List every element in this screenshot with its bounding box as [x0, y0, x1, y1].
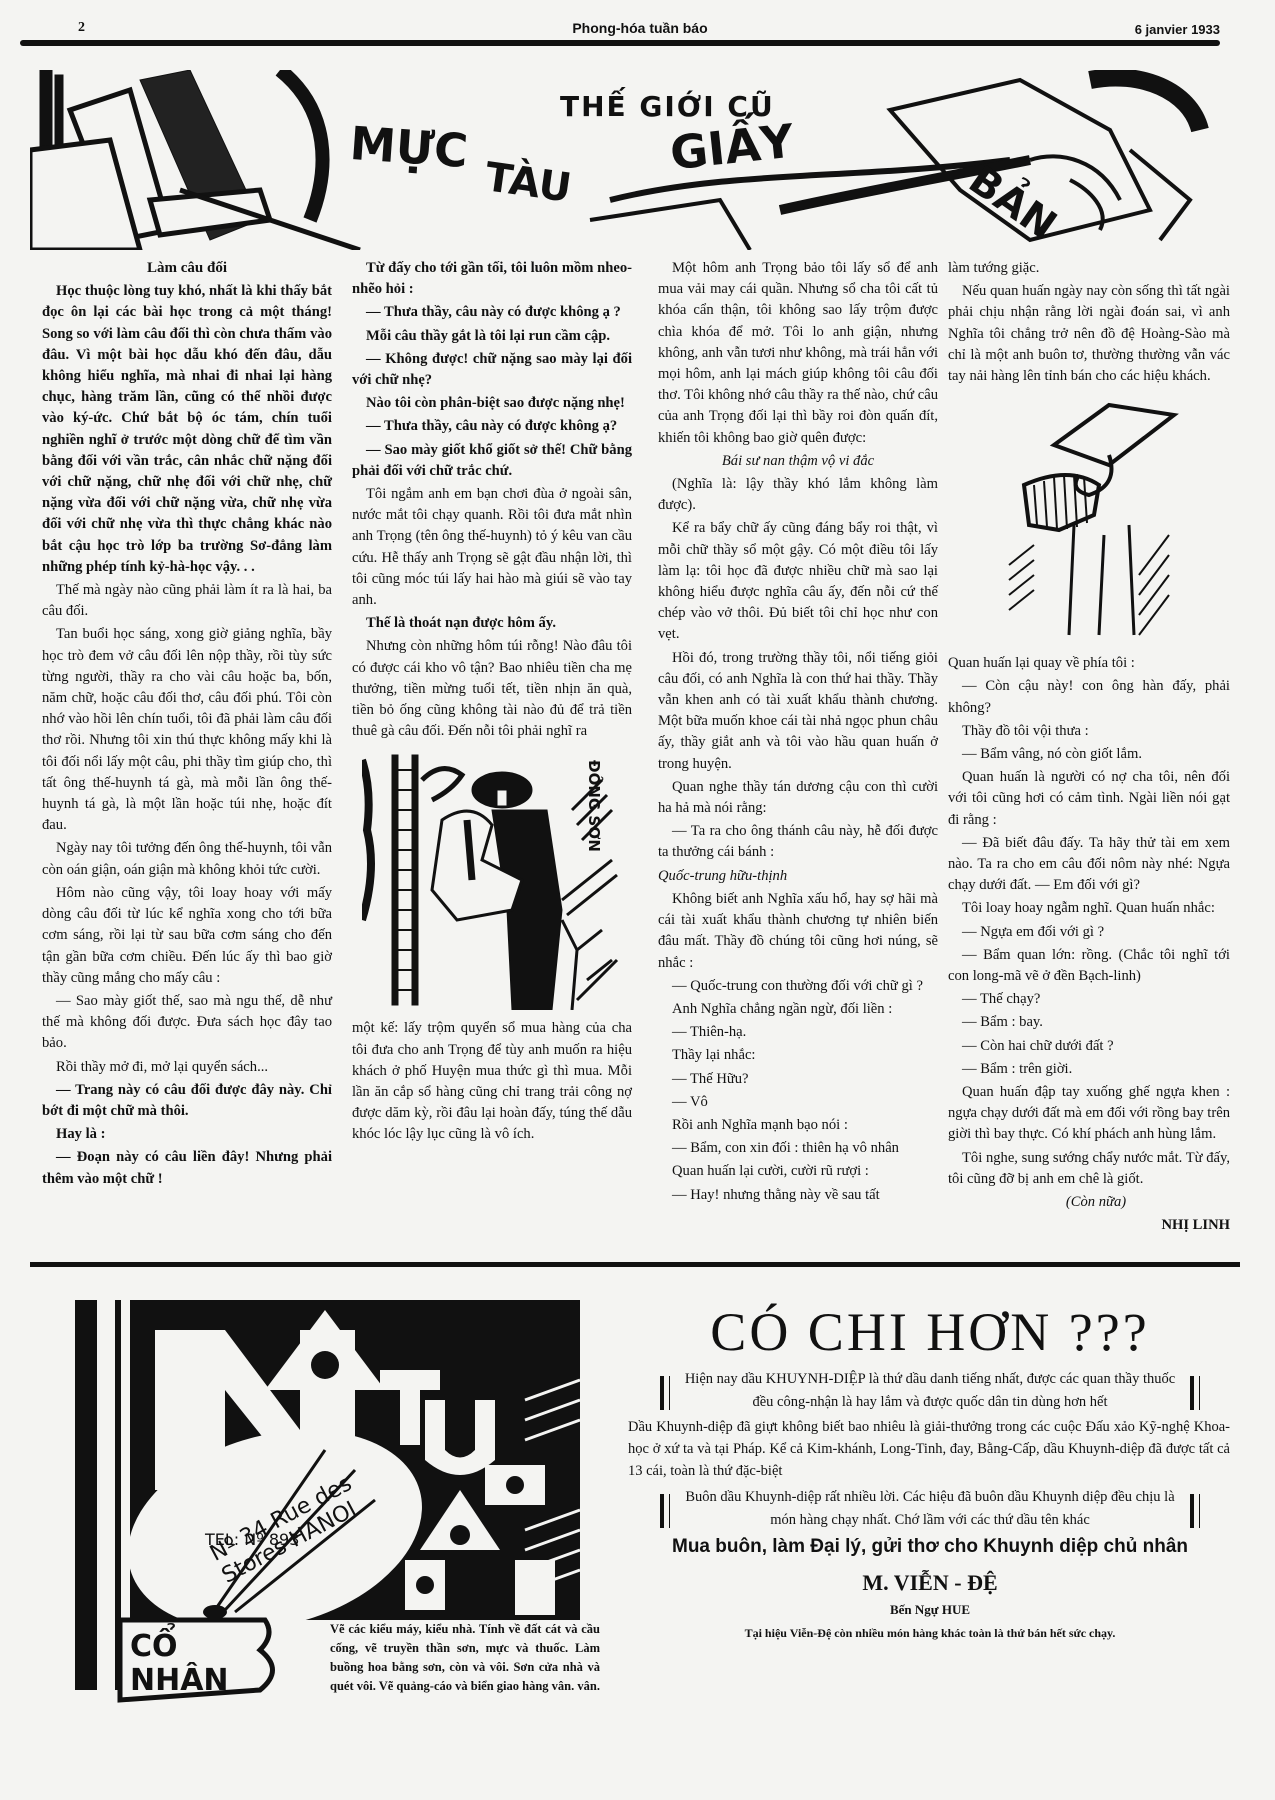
paragraph: — Không được! chữ nặng sao mày lại đối v…	[352, 349, 632, 391]
paragraph: Một hôm anh Trọng bảo tôi lấy sổ để anh …	[658, 258, 938, 449]
paragraph: Quan huấn đập tay xuống ghế ngựa khen : …	[948, 1082, 1230, 1146]
paragraph: Thầy lại nhắc:	[658, 1045, 938, 1066]
co-nhan-advertisement: Nº 34 Rue des Stores HANOI TEL: Nº 893 C…	[75, 1290, 595, 1710]
to-be-continued: (Còn nữa)	[948, 1192, 1230, 1213]
paragraph: Tan buổi học sáng, xong giờ giảng nghĩa,…	[42, 624, 332, 836]
paragraph: — Bẩm quan lớn: rồng. (Chắc tôi nghĩ tới…	[948, 945, 1230, 987]
publication-title: Phong-hóa tuần báo	[540, 20, 740, 36]
ad-boxed-text-1: Hiện nay dầu KHUYNH-DIỆP là thứ dầu danh…	[660, 1368, 1200, 1414]
article-column-2: Từ đấy cho tới gần tối, tôi luôn mồm nhe…	[352, 258, 632, 1148]
paragraph: Hay là :	[42, 1124, 332, 1145]
issue-date: 6 janvier 1933	[1135, 22, 1220, 37]
paragraph: — Thưa thầy, câu này có được không ạ ?	[352, 302, 632, 323]
article-banner: THẾ GIỚI CŨ MỰC TÀU GIẤY BẢN	[30, 70, 1240, 250]
paragraph: Quan huấn là người có nợ cha tôi, nên đố…	[948, 767, 1230, 831]
paragraph: — Còn hai chữ dưới đất ?	[948, 1036, 1230, 1057]
paragraph: Mỗi câu thầy gắt là tôi lại run cầm cập.	[352, 326, 632, 347]
dong-son-illustration-icon: ĐÔNG SƠN	[362, 750, 622, 1010]
ad-owner: M. VIỄN - ĐỆ	[620, 1570, 1240, 1596]
paragraph: Anh Nghĩa chẳng ngần ngừ, đối liền :	[658, 999, 938, 1020]
paragraph: Quan nghe thầy tán dương cậu con thì cườ…	[658, 777, 938, 819]
paragraph: — Đã biết đâu đấy. Ta hãy thử tài em xem…	[948, 833, 1230, 897]
verse-line: Bái sư nan thậm vộ vi đắc	[658, 451, 938, 472]
ad-phone: TEL: Nº 893	[205, 1530, 299, 1549]
article-title: Làm câu đối	[42, 258, 332, 279]
paragraph: Học thuộc lòng tuy khó, nhất là khi thấy…	[42, 281, 332, 578]
paragraph: — Ngựa em đối với gì ?	[948, 922, 1230, 943]
paragraph: — Thưa thầy, câu này có được không ạ?	[352, 416, 632, 437]
khuynh-diep-advertisement: CÓ CHI HƠN ??? Hiện nay dầu KHUYNH-DIỆP …	[620, 1300, 1240, 1641]
merchant-illustration-icon	[989, 395, 1189, 645]
paragraph: một kế: lấy trộm quyển sổ mua hàng của c…	[352, 1018, 632, 1145]
paragraph: — Bẩm : trên giời.	[948, 1059, 1230, 1080]
paragraph: Tôi loay hoay ngẫm nghĩ. Quan huấn nhắc:	[948, 898, 1230, 919]
ad-call-to-action: Mua buôn, làm Đại lý, gửi thơ cho Khuynh…	[620, 1536, 1240, 1558]
paragraph: — Thế Hữu?	[658, 1069, 938, 1090]
paragraph: Từ đấy cho tới gần tối, tôi luôn mồm nhe…	[352, 258, 632, 300]
ad-shop-name: CỔ NHÂN	[130, 1630, 260, 1698]
paragraph: Kể ra bẩy chữ ấy cũng đáng bẩy roi thật,…	[658, 518, 938, 645]
paragraph: — Bẩm : bay.	[948, 1012, 1230, 1033]
paragraph: Thế mà ngày nào cũng phải làm ít ra là h…	[42, 580, 332, 622]
ad-paragraph: Dầu Khuynh-diệp đã giựt không biết bao n…	[620, 1414, 1240, 1482]
paragraph: Ngày nay tôi tưởng đến ông thế-huynh, tô…	[42, 838, 332, 880]
ad-address: Bến Ngự HUE	[620, 1602, 1240, 1618]
paragraph: Thế là thoát nạn được hôm ấy.	[352, 613, 632, 634]
paragraph: — Quốc-trung con thường đối với chữ gì ?	[658, 976, 938, 997]
paragraph: — Sao mày giốt khổ giốt sở thế! Chữ bằng…	[352, 440, 632, 482]
article-column-1: Làm câu đối Học thuộc lòng tuy khó, nhất…	[42, 258, 332, 1192]
paragraph: Không biết anh Nghĩa xấu hổ, hay sợ hãi …	[658, 889, 938, 974]
verse-line: Quốc-trung hữu-thịnh	[658, 866, 938, 887]
paragraph: Quan huấn lại quay về phía tôi :	[948, 653, 1230, 674]
paragraph: — Trang này có câu đối được đây này. Chỉ…	[42, 1080, 332, 1122]
paragraph: — Ta ra cho ông thánh câu này, hễ đối đư…	[658, 821, 938, 863]
paragraph: Quan huấn lại cười, cười rũ rượi :	[658, 1161, 938, 1182]
page-number: 2	[78, 20, 85, 36]
paragraph: — Sao mày giốt thế, sao mà ngu thế, dễ n…	[42, 991, 332, 1055]
article-column-4: làm tướng giặc. Nếu quan huấn ngày nay c…	[948, 258, 1230, 1239]
paragraph: — Còn cậu này! con ông hàn đấy, phải khô…	[948, 676, 1230, 718]
paragraph: — Thiên-hạ.	[658, 1022, 938, 1043]
article-column-3: Một hôm anh Trọng bảo tôi lấy sổ để anh …	[658, 258, 938, 1208]
paragraph: — Đoạn này có câu liền đây! Nhưng phải t…	[42, 1147, 332, 1189]
paragraph: Tôi ngắm anh em bạn chơi đùa ở ngoài sân…	[352, 484, 632, 611]
header-rule	[20, 40, 1220, 46]
banner-word-muc: MỰC	[348, 116, 469, 178]
paragraph: (Nghĩa là: lậy thầy khó lắm không làm đư…	[658, 474, 938, 516]
paragraph: Thầy đồ tôi vội thưa :	[948, 721, 1230, 742]
paragraph: Tôi nghe, sung sướng chẩy nước mắt. Từ đ…	[948, 1148, 1230, 1190]
paragraph: Hồi đó, trong trường thầy tôi, nổi tiếng…	[658, 648, 938, 775]
paragraph: — Thế chạy?	[948, 989, 1230, 1010]
paragraph: Rồi anh Nghĩa mạnh bạo nói :	[658, 1115, 938, 1136]
paragraph: Nhưng còn những hôm túi rỗng! Nào đâu tô…	[352, 636, 632, 742]
section-divider	[30, 1262, 1240, 1267]
paragraph: Hôm nào cũng vậy, tôi loay hoay với mấy …	[42, 883, 332, 989]
ad-boxed-text-2: Buôn dầu Khuynh-diệp rất nhiều lời. Các …	[660, 1486, 1200, 1532]
ad-description: Vẽ các kiểu máy, kiểu nhà. Tính về đất c…	[330, 1620, 600, 1696]
paragraph: Nào tôi còn phân-biệt sao được nặng nhẹ!	[352, 393, 632, 414]
paragraph: — Vô	[658, 1092, 938, 1113]
paragraph: — Hay! nhưng thằng này về sau tất	[658, 1185, 938, 1206]
ad-note: Tại hiệu Viễn-Đệ còn nhiều món hàng khác…	[620, 1626, 1240, 1641]
author-signature: NHỊ LINH	[948, 1215, 1230, 1236]
ad-headline: CÓ CHI HƠN ???	[620, 1300, 1240, 1364]
paragraph: Nếu quan huấn ngày nay còn sống thì tất …	[948, 281, 1230, 387]
paragraph: Rồi thầy mở đi, mở lại quyển sách...	[42, 1057, 332, 1078]
paragraph: — Bẩm, con xin đối : thiên hạ vô nhân	[658, 1138, 938, 1159]
paragraph: — Bẩm vâng, nó còn giốt lắm.	[948, 744, 1230, 765]
illustration-signature: ĐÔNG SƠN	[585, 760, 604, 852]
paragraph: làm tướng giặc.	[948, 258, 1230, 279]
